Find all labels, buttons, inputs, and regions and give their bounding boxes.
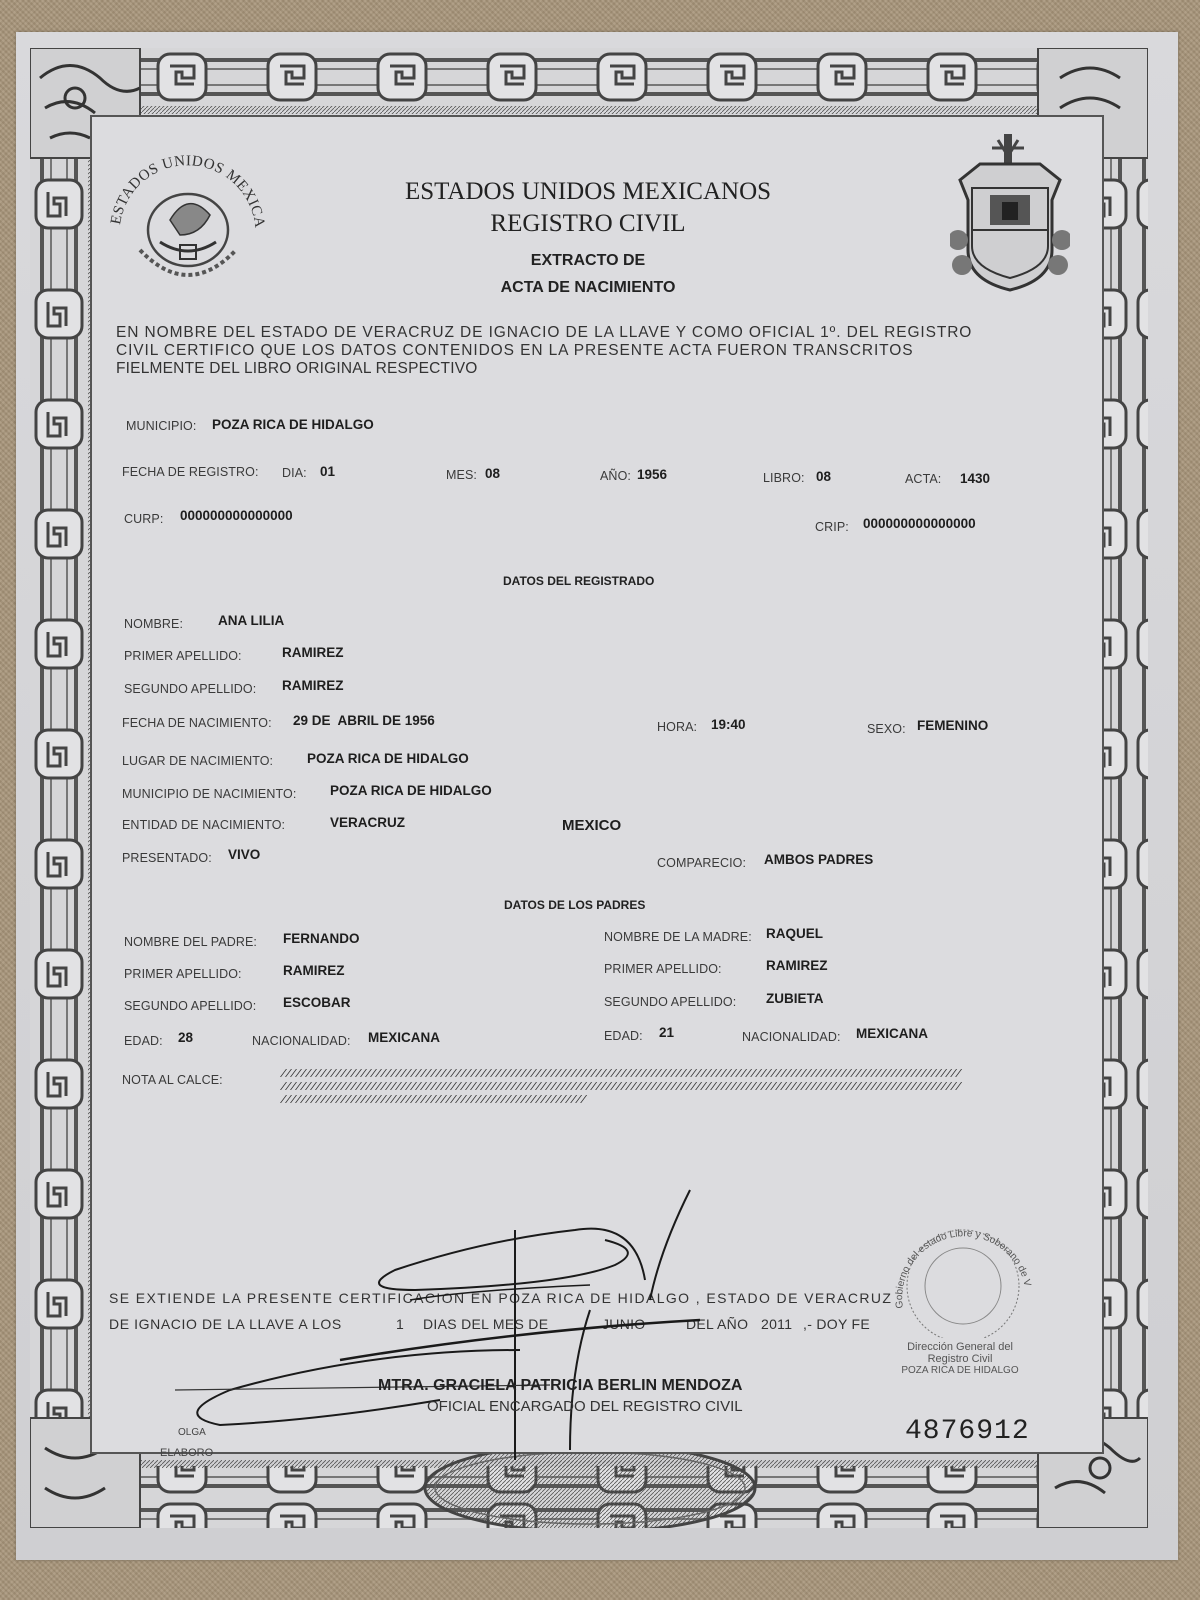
section-datos-padres: DATOS DE LOS PADRES	[504, 898, 645, 912]
madre-nacionalidad-label: NACIONALIDAD:	[742, 1030, 841, 1044]
padre-edad-label: EDAD:	[124, 1034, 163, 1048]
doc-type-line1: EXTRACTO DE	[0, 252, 1188, 270]
mes-label: MES:	[446, 468, 477, 482]
madre-nacionalidad-value: MEXICANA	[856, 1026, 928, 1041]
comparecio-label: COMPARECIO:	[657, 856, 746, 870]
madre-edad-value: 21	[659, 1025, 674, 1040]
padre-primer-apellido-value: RAMIREZ	[283, 963, 345, 978]
nombre-value: ANA LILIA	[218, 613, 284, 628]
stamp-caption-3: POZA RICA DE HIDALGO	[880, 1365, 1040, 1377]
svg-text:Gobierno del estado Libre y So: Gobierno del estado Libre y Soberano de …	[885, 1208, 1033, 1309]
mes-value: 08	[485, 466, 500, 481]
madre-edad-label: EDAD:	[604, 1029, 643, 1043]
segundo-apellido-value: RAMIREZ	[282, 678, 344, 693]
segundo-apellido-label: SEGUNDO APELLIDO:	[124, 682, 256, 696]
entidad-nacimiento-label: ENTIDAD DE NACIMIENTO:	[122, 818, 285, 832]
fecha-registro-label: FECHA DE REGISTRO:	[122, 465, 259, 479]
madre-primer-apellido-label: PRIMER APELLIDO:	[604, 962, 722, 976]
anio-label: AÑO:	[600, 469, 631, 483]
elaboro-name: OLGA	[178, 1427, 206, 1438]
presentado-label: PRESENTADO:	[122, 851, 212, 865]
nombre-label: NOMBRE:	[124, 617, 183, 631]
curp-label: CURP:	[124, 512, 163, 526]
acta-label: ACTA:	[905, 472, 941, 486]
lugar-nacimiento-label: LUGAR DE NACIMIENTO:	[122, 754, 273, 768]
nota-calce-fill-line2: ////////////////////////////////////////…	[280, 1082, 960, 1094]
stamp-caption-1: Dirección General del	[880, 1341, 1040, 1353]
libro-label: LIBRO:	[763, 471, 805, 485]
municipio-nacimiento-value: POZA RICA DE HIDALGO	[330, 783, 492, 798]
doc-type-line2: ACTA DE NACIMIENTO	[0, 279, 1188, 297]
dia-label: DIA:	[282, 466, 307, 480]
padre-nombre-label: NOMBRE DEL PADRE:	[124, 935, 257, 949]
madre-segundo-apellido-value: ZUBIETA	[766, 991, 824, 1006]
madre-nombre-label: NOMBRE DE LA MADRE:	[604, 930, 752, 944]
padre-nombre-value: FERNANDO	[283, 931, 360, 946]
curp-value: 000000000000000	[180, 508, 293, 523]
footer-anio: 2011	[761, 1316, 792, 1332]
padre-edad-value: 28	[178, 1030, 193, 1045]
fecha-nacimiento-value: 29 DE ABRIL DE 1956	[293, 713, 435, 728]
official-stamp-icon: Gobierno del estado Libre y Soberano de …	[885, 1208, 1035, 1338]
elaboro-label: ELABORO	[160, 1447, 213, 1459]
certification-line1: EN NOMBRE DEL ESTADO DE VERACRUZ DE IGNA…	[116, 324, 972, 342]
certification-line3: FIELMENTE DEL LIBRO ORIGINAL RESPECTIVO	[116, 360, 478, 378]
nota-calce-fill-line1: ////////////////////////////////////////…	[280, 1069, 960, 1081]
pais-nacimiento-value: MEXICO	[562, 817, 621, 834]
nota-calce-fill-line3: ////////////////////////////////////////…	[280, 1095, 585, 1107]
header-agency: REGISTRO CIVIL	[0, 210, 1188, 238]
municipio-value: POZA RICA DE HIDALGO	[212, 417, 374, 432]
presentado-value: VIVO	[228, 847, 260, 862]
municipio-label: MUNICIPIO:	[126, 419, 196, 433]
certification-line2: CIVIL CERTIFICO QUE LOS DATOS CONTENIDOS…	[116, 342, 913, 360]
footer-doy-fe: ,- DOY FE	[803, 1316, 870, 1332]
hora-label: HORA:	[657, 720, 697, 734]
padre-nacionalidad-label: NACIONALIDAD:	[252, 1034, 351, 1048]
entidad-nacimiento-value: VERACRUZ	[330, 815, 405, 830]
municipio-nacimiento-label: MUNICIPIO DE NACIMIENTO:	[122, 787, 296, 801]
section-datos-registrado: DATOS DEL REGISTRADO	[503, 574, 654, 588]
sexo-label: SEXO:	[867, 722, 906, 736]
signature-scribble	[170, 1180, 730, 1460]
crip-label: CRIP:	[815, 520, 849, 534]
comparecio-value: AMBOS PADRES	[764, 852, 873, 867]
crip-value: 000000000000000	[863, 516, 976, 531]
primer-apellido-label: PRIMER APELLIDO:	[124, 649, 242, 663]
primer-apellido-value: RAMIREZ	[282, 645, 344, 660]
fecha-nacimiento-label: FECHA DE NACIMIENTO:	[122, 716, 272, 730]
libro-value: 08	[816, 469, 831, 484]
anio-value: 1956	[637, 467, 667, 482]
padre-segundo-apellido-label: SEGUNDO APELLIDO:	[124, 999, 256, 1013]
official-title: OFICIAL ENCARGADO DEL REGISTRO CIVIL	[427, 1398, 743, 1415]
madre-nombre-value: RAQUEL	[766, 926, 823, 941]
sexo-value: FEMENINO	[917, 718, 988, 733]
folio-number: 4876912	[905, 1416, 1030, 1447]
madre-segundo-apellido-label: SEGUNDO APELLIDO:	[604, 995, 736, 1009]
padre-primer-apellido-label: PRIMER APELLIDO:	[124, 967, 242, 981]
header-country: ESTADOS UNIDOS MEXICANOS	[0, 178, 1188, 206]
nota-calce-label: NOTA AL CALCE:	[122, 1073, 223, 1087]
official-name: MTRA. GRACIELA PATRICIA BERLIN MENDOZA	[378, 1377, 742, 1395]
padre-segundo-apellido-value: ESCOBAR	[283, 995, 351, 1010]
hora-value: 19:40	[711, 717, 746, 732]
padre-nacionalidad-value: MEXICANA	[368, 1030, 440, 1045]
madre-primer-apellido-value: RAMIREZ	[766, 958, 828, 973]
acta-value: 1430	[960, 471, 990, 486]
lugar-nacimiento-value: POZA RICA DE HIDALGO	[307, 751, 469, 766]
dia-value: 01	[320, 464, 335, 479]
stamp-caption-2: Registro Civil	[880, 1353, 1040, 1365]
